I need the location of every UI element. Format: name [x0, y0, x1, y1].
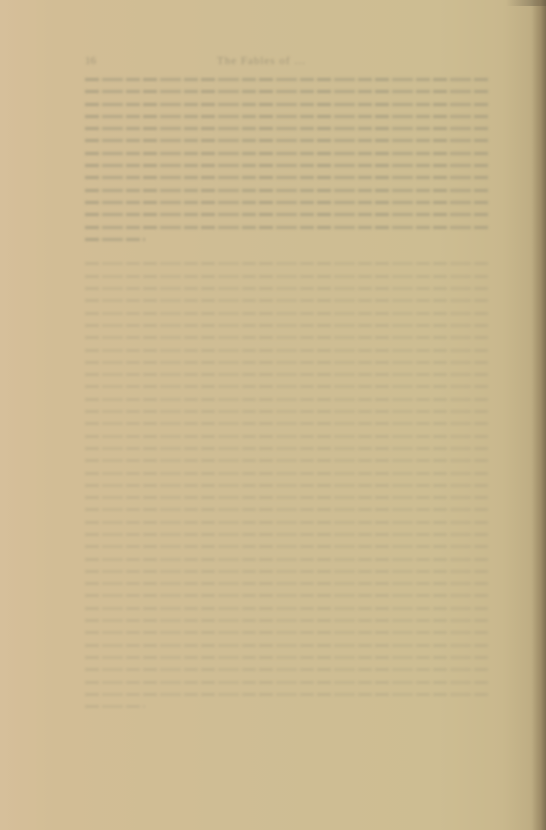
text-line	[85, 238, 145, 241]
text-line	[85, 459, 490, 462]
text-line	[85, 508, 490, 511]
text-line	[85, 201, 490, 204]
text-line	[85, 582, 490, 585]
text-line	[85, 410, 490, 413]
paragraph	[85, 78, 490, 241]
paragraph-gap	[85, 250, 490, 253]
running-head: 16 The Fables of …	[85, 55, 485, 71]
paragraph	[85, 262, 490, 708]
text-line	[85, 139, 490, 142]
text-line	[85, 275, 490, 278]
text-line	[85, 656, 490, 659]
text-line	[85, 447, 490, 450]
text-line	[85, 644, 490, 647]
text-line	[85, 176, 490, 179]
text-line	[85, 361, 490, 364]
text-line	[85, 103, 490, 106]
text-line	[85, 115, 490, 118]
text-line	[85, 472, 490, 475]
text-line	[85, 373, 490, 376]
text-line	[85, 78, 490, 81]
text-line	[85, 594, 490, 597]
book-page: 16 The Fables of …	[0, 0, 546, 830]
text-line	[85, 521, 490, 524]
text-line	[85, 570, 490, 573]
text-line	[85, 422, 490, 425]
text-line	[85, 152, 490, 155]
text-line	[85, 262, 490, 265]
text-line	[85, 545, 490, 548]
text-line	[85, 349, 490, 352]
text-line	[85, 398, 490, 401]
text-line	[85, 693, 490, 696]
page-gutter-shadow	[532, 0, 546, 830]
text-line	[85, 127, 490, 130]
text-line	[85, 213, 490, 216]
text-line	[85, 385, 490, 388]
text-line	[85, 336, 490, 339]
text-line	[85, 287, 490, 290]
text-line	[85, 189, 490, 192]
text-line	[85, 533, 490, 536]
text-line	[85, 435, 490, 438]
text-line	[85, 324, 490, 327]
text-line	[85, 226, 490, 229]
text-line	[85, 558, 490, 561]
text-line	[85, 496, 490, 499]
text-line	[85, 607, 490, 610]
text-line	[85, 631, 490, 634]
text-line	[85, 312, 490, 315]
text-line	[85, 484, 490, 487]
text-line	[85, 299, 490, 302]
page-number: 16	[85, 55, 96, 67]
text-line	[85, 619, 490, 622]
body-text	[85, 78, 490, 717]
text-line	[85, 164, 490, 167]
text-line	[85, 705, 145, 708]
text-line	[85, 90, 490, 93]
running-head-title: The Fables of …	[217, 55, 306, 67]
text-line	[85, 681, 490, 684]
text-line	[85, 668, 490, 671]
